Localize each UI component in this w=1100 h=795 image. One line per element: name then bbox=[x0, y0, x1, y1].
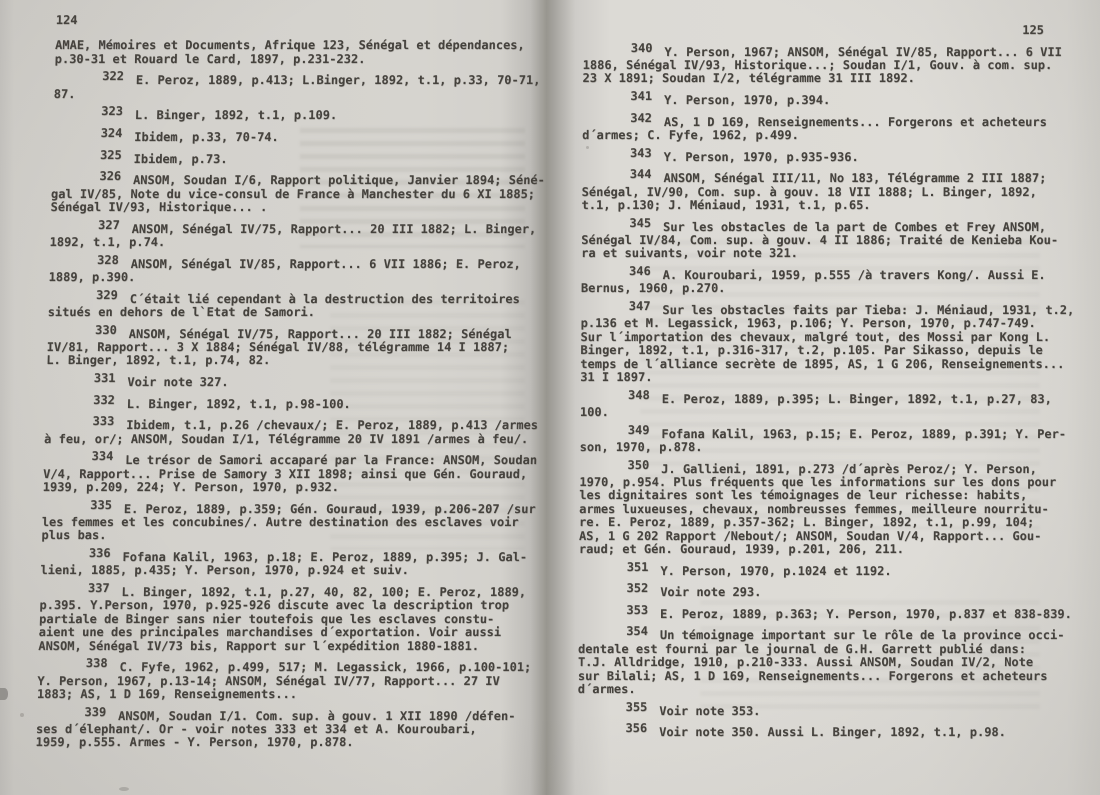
note-line: 332L. Binger, 1892, t.1, p.98-100. bbox=[45, 398, 545, 411]
footnote-356: 356Voir note 350. Aussi L. Binger, 1892,… bbox=[577, 726, 1077, 739]
footnote-number: 354 bbox=[626, 625, 648, 638]
footnote-number: 338 bbox=[86, 657, 108, 670]
note-line: re. E. Peroz, 1889, p.357-362; L. Binger… bbox=[579, 516, 1079, 529]
note-text: Un témoignage important sur le rôle de l… bbox=[660, 628, 1065, 642]
footnote-349: 349Fofana Kalil, 1963, p.15; E. Peroz, 1… bbox=[580, 428, 1080, 455]
note-text: Y. Person, 1967; ANSOM, Sénégal IV/85, R… bbox=[664, 45, 1061, 59]
note-line: 331Voir note 327. bbox=[46, 376, 546, 389]
scan-speck bbox=[119, 787, 129, 791]
footnote-number: 330 bbox=[95, 324, 117, 337]
footnote-number: 326 bbox=[99, 170, 121, 183]
note-line: 351Y. Person, 1970, p.1024 et 1192. bbox=[579, 565, 1079, 578]
note-line: raud; et Gén. Gouraud, 1939, p.201, 206,… bbox=[579, 543, 1079, 556]
note-text: Ibidem, p.73. bbox=[133, 152, 227, 166]
note-text: ANSOM, Sénégal IV/75, Rapport... 20 III … bbox=[131, 222, 536, 236]
note-line: p.395. Y.Person, 1970, p.925-926 discute… bbox=[39, 599, 539, 612]
scan-speck bbox=[20, 713, 24, 717]
page-number-right: 125 bbox=[583, 24, 1083, 37]
note-text: C´était lié cependant à la destruction d… bbox=[130, 292, 521, 306]
note-line: temps de l´alliance secrète de 1895, AS,… bbox=[580, 358, 1080, 371]
note-line: 335E. Peroz, 1889, p.359; Gén. Gouraud, … bbox=[42, 503, 542, 516]
note-line: 352Voir note 293. bbox=[578, 586, 1078, 599]
note-text: Ibidem, t.1, p.26 /chevaux/; E. Peroz, 1… bbox=[126, 418, 538, 432]
footnote-number: 352 bbox=[627, 582, 649, 595]
note-line: 342AS, 1 D 169, Renseignements... Forger… bbox=[582, 116, 1082, 129]
note-line: 349Fofana Kalil, 1963, p.15; E. Peroz, 1… bbox=[580, 428, 1080, 441]
note-line: plus bas. bbox=[41, 529, 541, 542]
page-left: 124 AMAE, Mémoires et Documents, Afrique… bbox=[35, 14, 556, 750]
footnote-351: 351Y. Person, 1970, p.1024 et 1192. bbox=[579, 565, 1079, 578]
book-scan: 124 AMAE, Mémoires et Documents, Afrique… bbox=[0, 0, 1100, 795]
scan-speck bbox=[586, 146, 589, 149]
note-line: son, 1970, p.878. bbox=[580, 441, 1080, 454]
footnote-number: 344 bbox=[630, 168, 652, 181]
footnote-355: 355Voir note 353. bbox=[578, 705, 1078, 718]
footnote-338: 338C. Fyfe, 1962, p.499, 517; M. Legassi… bbox=[37, 661, 538, 701]
note-line: 329C´était lié cependant à la destructio… bbox=[48, 293, 548, 306]
note-line: 354Un témoignage important sur le rôle d… bbox=[578, 629, 1078, 642]
note-text: Y. Person, 1970, p.394. bbox=[664, 93, 830, 107]
note-text: E. Peroz, 1889, p.395; L. Binger, 1892, … bbox=[662, 392, 1052, 406]
note-line: 356Voir note 350. Aussi L. Binger, 1892,… bbox=[577, 726, 1077, 739]
note-line: 1889, p.390. bbox=[48, 271, 548, 284]
footnote-number: 355 bbox=[626, 701, 648, 714]
note-line: 327ANSOM, Sénégal IV/75, Rapport... 20 I… bbox=[50, 223, 550, 236]
footnote-number: 324 bbox=[100, 127, 122, 140]
note-line: 1939, p.209, 224; Y. Person, 1970, p.932… bbox=[43, 481, 543, 494]
note-line: p.136 et M. Legassick, 1963, p.106; Y. P… bbox=[581, 317, 1081, 330]
note-line: Sénégal, IV/90, Com. sup. à gouv. 18 VII… bbox=[582, 186, 1082, 199]
note-line: L. Binger, 1892, t.1, p.74, 82. bbox=[46, 354, 546, 367]
note-text: E. Peroz, 1889, p.359; Gén. Gouraud, 193… bbox=[124, 502, 536, 516]
footnote-335: 335E. Peroz, 1889, p.359; Gén. Gouraud, … bbox=[41, 503, 542, 543]
footnote-341: 341Y. Person, 1970, p.394. bbox=[582, 94, 1082, 107]
footnote-number: 347 bbox=[629, 300, 651, 313]
note-text: ANSOM, Sénégal IV/85, Rapport... 6 VII 1… bbox=[131, 257, 522, 271]
footnote-342: 342AS, 1 D 169, Renseignements... Forger… bbox=[582, 116, 1082, 143]
note-line: 346A. Kouroubari, 1959, p.555 /à travers… bbox=[581, 269, 1081, 282]
footnote-number: 340 bbox=[631, 42, 653, 55]
footnote-number: 349 bbox=[628, 424, 650, 437]
note-line: 23 X 1891; Soudan I/2, télégramme 31 III… bbox=[583, 72, 1083, 85]
note-line: 1886, Sénégal IV/93, Historique...; Soud… bbox=[583, 59, 1083, 72]
footnote-322: 322E. Peroz, 1889, p.413; L.Binger, 1892… bbox=[54, 74, 555, 101]
footnote-323: 323L. Binger, 1892, t.1, p.109. bbox=[53, 109, 553, 122]
note-line: les femmes et les concubines/. Autre des… bbox=[42, 516, 542, 529]
footnote-number: 343 bbox=[630, 147, 652, 160]
note-line: 344ANSOM, Sénégal III/11, No 183, Télégr… bbox=[582, 172, 1082, 185]
footnotes-left: AMAE, Mémoires et Documents, Afrique 123… bbox=[35, 39, 555, 749]
note-line: 1883; AS, 1 D 169, Renseignements... bbox=[37, 688, 537, 701]
note-line: 1959, p.555. Armes - Y. Person, 1970, p.… bbox=[35, 736, 535, 749]
note-line: gal IV/85, Note du vice-consul de France… bbox=[51, 188, 551, 201]
note-text: Y. Person, 1970, p.935-936. bbox=[664, 150, 859, 164]
note-line: 345Sur les obstacles de la part de Combe… bbox=[581, 221, 1081, 234]
footnote-340: 340Y. Person, 1967; ANSOM, Sénégal IV/85… bbox=[583, 46, 1083, 86]
footnote-number: 334 bbox=[91, 450, 113, 463]
footnote-number: 345 bbox=[629, 217, 651, 230]
footnote-344: 344ANSOM, Sénégal III/11, No 183, Télégr… bbox=[582, 172, 1082, 212]
note-text: L. Binger, 1892, t.1, p.109. bbox=[135, 108, 338, 122]
note-line: les dignitaires sont les témoignages de … bbox=[579, 489, 1079, 502]
note-text: Voir note 353. bbox=[659, 704, 760, 718]
note-text: Voir note 327. bbox=[127, 375, 229, 389]
footnote-number: 331 bbox=[94, 372, 116, 385]
note-line: 100. bbox=[580, 406, 1080, 419]
footnote-337: 337L. Binger, 1892, t.1, p.27, 40, 82, 1… bbox=[38, 586, 540, 653]
footnotes-right: 340Y. Person, 1967; ANSOM, Sénégal IV/85… bbox=[577, 46, 1082, 740]
note-text: Le trésor de Samori accaparé par la Fran… bbox=[125, 453, 537, 467]
footnote-number: 323 bbox=[101, 105, 123, 118]
footnote-336: 336Fofana Kalil, 1963, p.18; E. Peroz, 1… bbox=[40, 551, 541, 578]
note-line: 324Ibidem, p.33, 70-74. bbox=[52, 131, 552, 144]
note-line: 348E. Peroz, 1889, p.395; L. Binger, 189… bbox=[580, 393, 1080, 406]
note-line: aient une des principales marchandises d… bbox=[39, 626, 539, 639]
footnote-328: 328ANSOM, Sénégal IV/85, Rapport... 6 VI… bbox=[48, 258, 549, 285]
footnote-number: 356 bbox=[625, 722, 647, 735]
footnote-number: 341 bbox=[630, 90, 652, 103]
note-text: J. Gallieni, 1891, p.273 /d´après Peroz/… bbox=[661, 462, 1037, 476]
note-line: d´armes; C. Fyfe, 1962, p.499. bbox=[582, 129, 1082, 142]
footnote-348: 348E. Peroz, 1889, p.395; L. Binger, 189… bbox=[580, 393, 1080, 420]
note-line: Binger, 1892, t.1, p.316-317, t.2, p.105… bbox=[580, 344, 1080, 357]
note-text: Fofana Kalil, 1963, p.18; E. Peroz, 1889… bbox=[122, 550, 527, 564]
note-line: Bernus, 1960, p.270. bbox=[581, 282, 1081, 295]
note-line: d´armes. bbox=[578, 683, 1078, 696]
note-line: ANSOM, Sénégal IV/73 bis, Rapport sur l´… bbox=[38, 640, 538, 653]
footnote-346: 346A. Kouroubari, 1959, p.555 /à travers… bbox=[581, 269, 1081, 296]
note-line: 343Y. Person, 1970, p.935-936. bbox=[582, 151, 1082, 164]
footnote-352: 352Voir note 293. bbox=[578, 586, 1078, 599]
note-text: E. Peroz, 1889, p.363; Y. Person, 1970, … bbox=[660, 607, 1072, 621]
note-text: Fofana Kalil, 1963, p.15; E. Peroz, 1889… bbox=[661, 427, 1066, 441]
note-line: 326ANSOM, Soudan I/6, Rapport politique,… bbox=[51, 174, 551, 187]
footnote-number: 350 bbox=[627, 459, 649, 472]
footnote-number: 337 bbox=[88, 582, 110, 595]
note-text: AS, 1 D 169, Renseignements... Forgerons… bbox=[664, 115, 1047, 129]
note-line: situés en dehors de l`Etat de Samori. bbox=[47, 306, 547, 319]
note-line: 353E. Peroz, 1889, p.363; Y. Person, 197… bbox=[578, 608, 1078, 621]
footnote-number: 336 bbox=[89, 547, 111, 560]
footnote-331: 331Voir note 327. bbox=[46, 376, 546, 389]
note-text: L. Binger, 1892, t.1, p.27, 40, 82, 100;… bbox=[121, 585, 526, 599]
note-line: t.1, p.130; J. Méniaud, 1931, t.1, p.65. bbox=[582, 199, 1082, 212]
footnote-324: 324Ibidem, p.33, 70-74. bbox=[52, 131, 552, 144]
footnote-number: 342 bbox=[630, 112, 652, 125]
page-right: 125 340Y. Person, 1967; ANSOM, Sénégal I… bbox=[577, 24, 1083, 740]
note-line: 325Ibidem, p.73. bbox=[52, 153, 552, 166]
note-line: 322E. Peroz, 1889, p.413; L.Binger, 1892… bbox=[54, 74, 554, 87]
footnote-332: 332L. Binger, 1892, t.1, p.98-100. bbox=[45, 398, 545, 411]
note-text: A. Kouroubari, 1959, p.555 /à travers Ko… bbox=[663, 268, 1046, 282]
note-line: ses d´élephant/. Or - voir notes 333 et … bbox=[36, 723, 536, 736]
note-line: Sénégal IV/93, Historique... . bbox=[50, 201, 550, 214]
footnote-327: 327ANSOM, Sénégal IV/75, Rapport... 20 I… bbox=[49, 223, 550, 250]
note-line: 323L. Binger, 1892, t.1, p.109. bbox=[53, 109, 553, 122]
note-line: 1892, t.1, p.74. bbox=[49, 236, 549, 249]
note-text: E. Peroz, 1889, p.413; L.Binger, 1892, t… bbox=[136, 73, 541, 87]
note-line: 341Y. Person, 1970, p.394. bbox=[582, 94, 1082, 107]
note-text: Y. Person, 1970, p.1024 et 1192. bbox=[660, 564, 891, 578]
footnote-343: 343Y. Person, 1970, p.935-936. bbox=[582, 151, 1082, 164]
note-text: ANSOM, Sénégal IV/75, Rapport... 20 III … bbox=[129, 327, 512, 341]
footnote-number: 353 bbox=[626, 604, 648, 617]
footnote-number: 322 bbox=[102, 70, 124, 83]
footnote-334: 334Le trésor de Samori accaparé par la F… bbox=[43, 454, 544, 494]
note-line: 355Voir note 353. bbox=[578, 705, 1078, 718]
note-line: ra et suivants, voir note 321. bbox=[581, 247, 1081, 260]
note-line: lieni, 1885, p.435; Y. Person, 1970, p.9… bbox=[40, 564, 540, 577]
scan-edge-mark bbox=[0, 688, 8, 700]
footnote-325: 325Ibidem, p.73. bbox=[52, 153, 552, 166]
note-text: Ibidem, p.33, 70-74. bbox=[134, 130, 279, 144]
footnote-number: 335 bbox=[90, 499, 112, 512]
footnote-number: 328 bbox=[97, 254, 119, 267]
footnote-number: 348 bbox=[628, 389, 650, 402]
note-line: 87. bbox=[54, 88, 554, 101]
note-text: ANSOM, Soudan I/1. Com. sup. à gouv. 1 X… bbox=[118, 709, 516, 723]
note-line: T.J. Alldridge, 1910, p.210-333. Aussi A… bbox=[578, 656, 1078, 669]
footnote-number: 325 bbox=[100, 149, 122, 162]
footnote-number: 327 bbox=[98, 219, 120, 232]
note-text: Sur les obstacles de la part de Combes e… bbox=[663, 220, 1046, 234]
page-number-left: 124 bbox=[56, 14, 556, 27]
note-line: à feu, or/; ANSOM, Soudan I/1, Télégramm… bbox=[44, 433, 544, 446]
note-line: sur Bilali; AS, 1 D 169, Renseignements.… bbox=[578, 670, 1078, 683]
footnote-330: 330ANSOM, Sénégal IV/75, Rapport... 20 I… bbox=[46, 328, 547, 368]
footnote-number: 333 bbox=[92, 415, 114, 428]
note-line: p.30-31 et Rouard le Card, 1897, p.231-2… bbox=[55, 53, 555, 66]
note-line: AS, 1 G 202 Rapport /Nebout/; ANSOM, Sou… bbox=[579, 530, 1079, 543]
note-line: 340Y. Person, 1967; ANSOM, Sénégal IV/85… bbox=[583, 46, 1083, 59]
note-line: 330ANSOM, Sénégal IV/75, Rapport... 20 I… bbox=[47, 328, 547, 341]
note-text: ANSOM, Sénégal III/11, No 183, Télégramm… bbox=[663, 171, 1046, 185]
note-text: Voir note 293. bbox=[660, 585, 761, 599]
note-line: 338C. Fyfe, 1962, p.499, 517; M. Legassi… bbox=[38, 661, 538, 674]
note-line: 334Le trésor de Samori accaparé par la F… bbox=[43, 454, 543, 467]
note-text: C. Fyfe, 1962, p.499, 517; M. Legassick,… bbox=[119, 660, 531, 674]
note-text: L. Binger, 1892, t.1, p.98-100. bbox=[127, 397, 351, 411]
footnote-333: 333Ibidem, t.1, p.26 /chevaux/; E. Peroz… bbox=[44, 419, 545, 446]
footnote-number: 332 bbox=[93, 394, 115, 407]
note-line: 328ANSOM, Sénégal IV/85, Rapport... 6 VI… bbox=[49, 258, 549, 271]
footnote-350: 350J. Gallieni, 1891, p.273 /d´après Per… bbox=[579, 463, 1080, 557]
footnote-339: 339ANSOM, Soudan I/1. Com. sup. à gouv. … bbox=[35, 710, 536, 750]
footnote-326: 326ANSOM, Soudan I/6, Rapport politique,… bbox=[50, 174, 551, 214]
footnote-number: 346 bbox=[629, 265, 651, 278]
note-line: V/4, Rapport... Prise de Samory 3 XII 18… bbox=[43, 468, 543, 481]
note-line: 31 I 1897. bbox=[580, 371, 1080, 384]
footnote-353: 353E. Peroz, 1889, p.363; Y. Person, 197… bbox=[578, 608, 1078, 621]
footnote-number: 339 bbox=[84, 706, 106, 719]
footnote-number: 329 bbox=[96, 289, 118, 302]
footnote-347: 347Sur les obstacles faits par Tieba: J.… bbox=[580, 304, 1081, 384]
note-text: Sur les obstacles faits par Tieba: J. Mé… bbox=[662, 303, 1074, 317]
note-line: AMAE, Mémoires et Documents, Afrique 123… bbox=[55, 39, 555, 52]
note-text: Voir note 350. Aussi L. Binger, 1892, t.… bbox=[659, 725, 1006, 739]
footnote-345: 345Sur les obstacles de la part de Combe… bbox=[581, 221, 1081, 261]
footnote-354: 354Un témoignage important sur le rôle d… bbox=[578, 629, 1079, 696]
footnote-329: 329C´était lié cependant à la destructio… bbox=[47, 293, 548, 320]
footnote-number: 351 bbox=[627, 561, 649, 574]
note-text: ANSOM, Soudan I/6, Rapport politique, Ja… bbox=[133, 173, 545, 187]
note-line: 333Ibidem, t.1, p.26 /chevaux/; E. Peroz… bbox=[44, 419, 544, 432]
